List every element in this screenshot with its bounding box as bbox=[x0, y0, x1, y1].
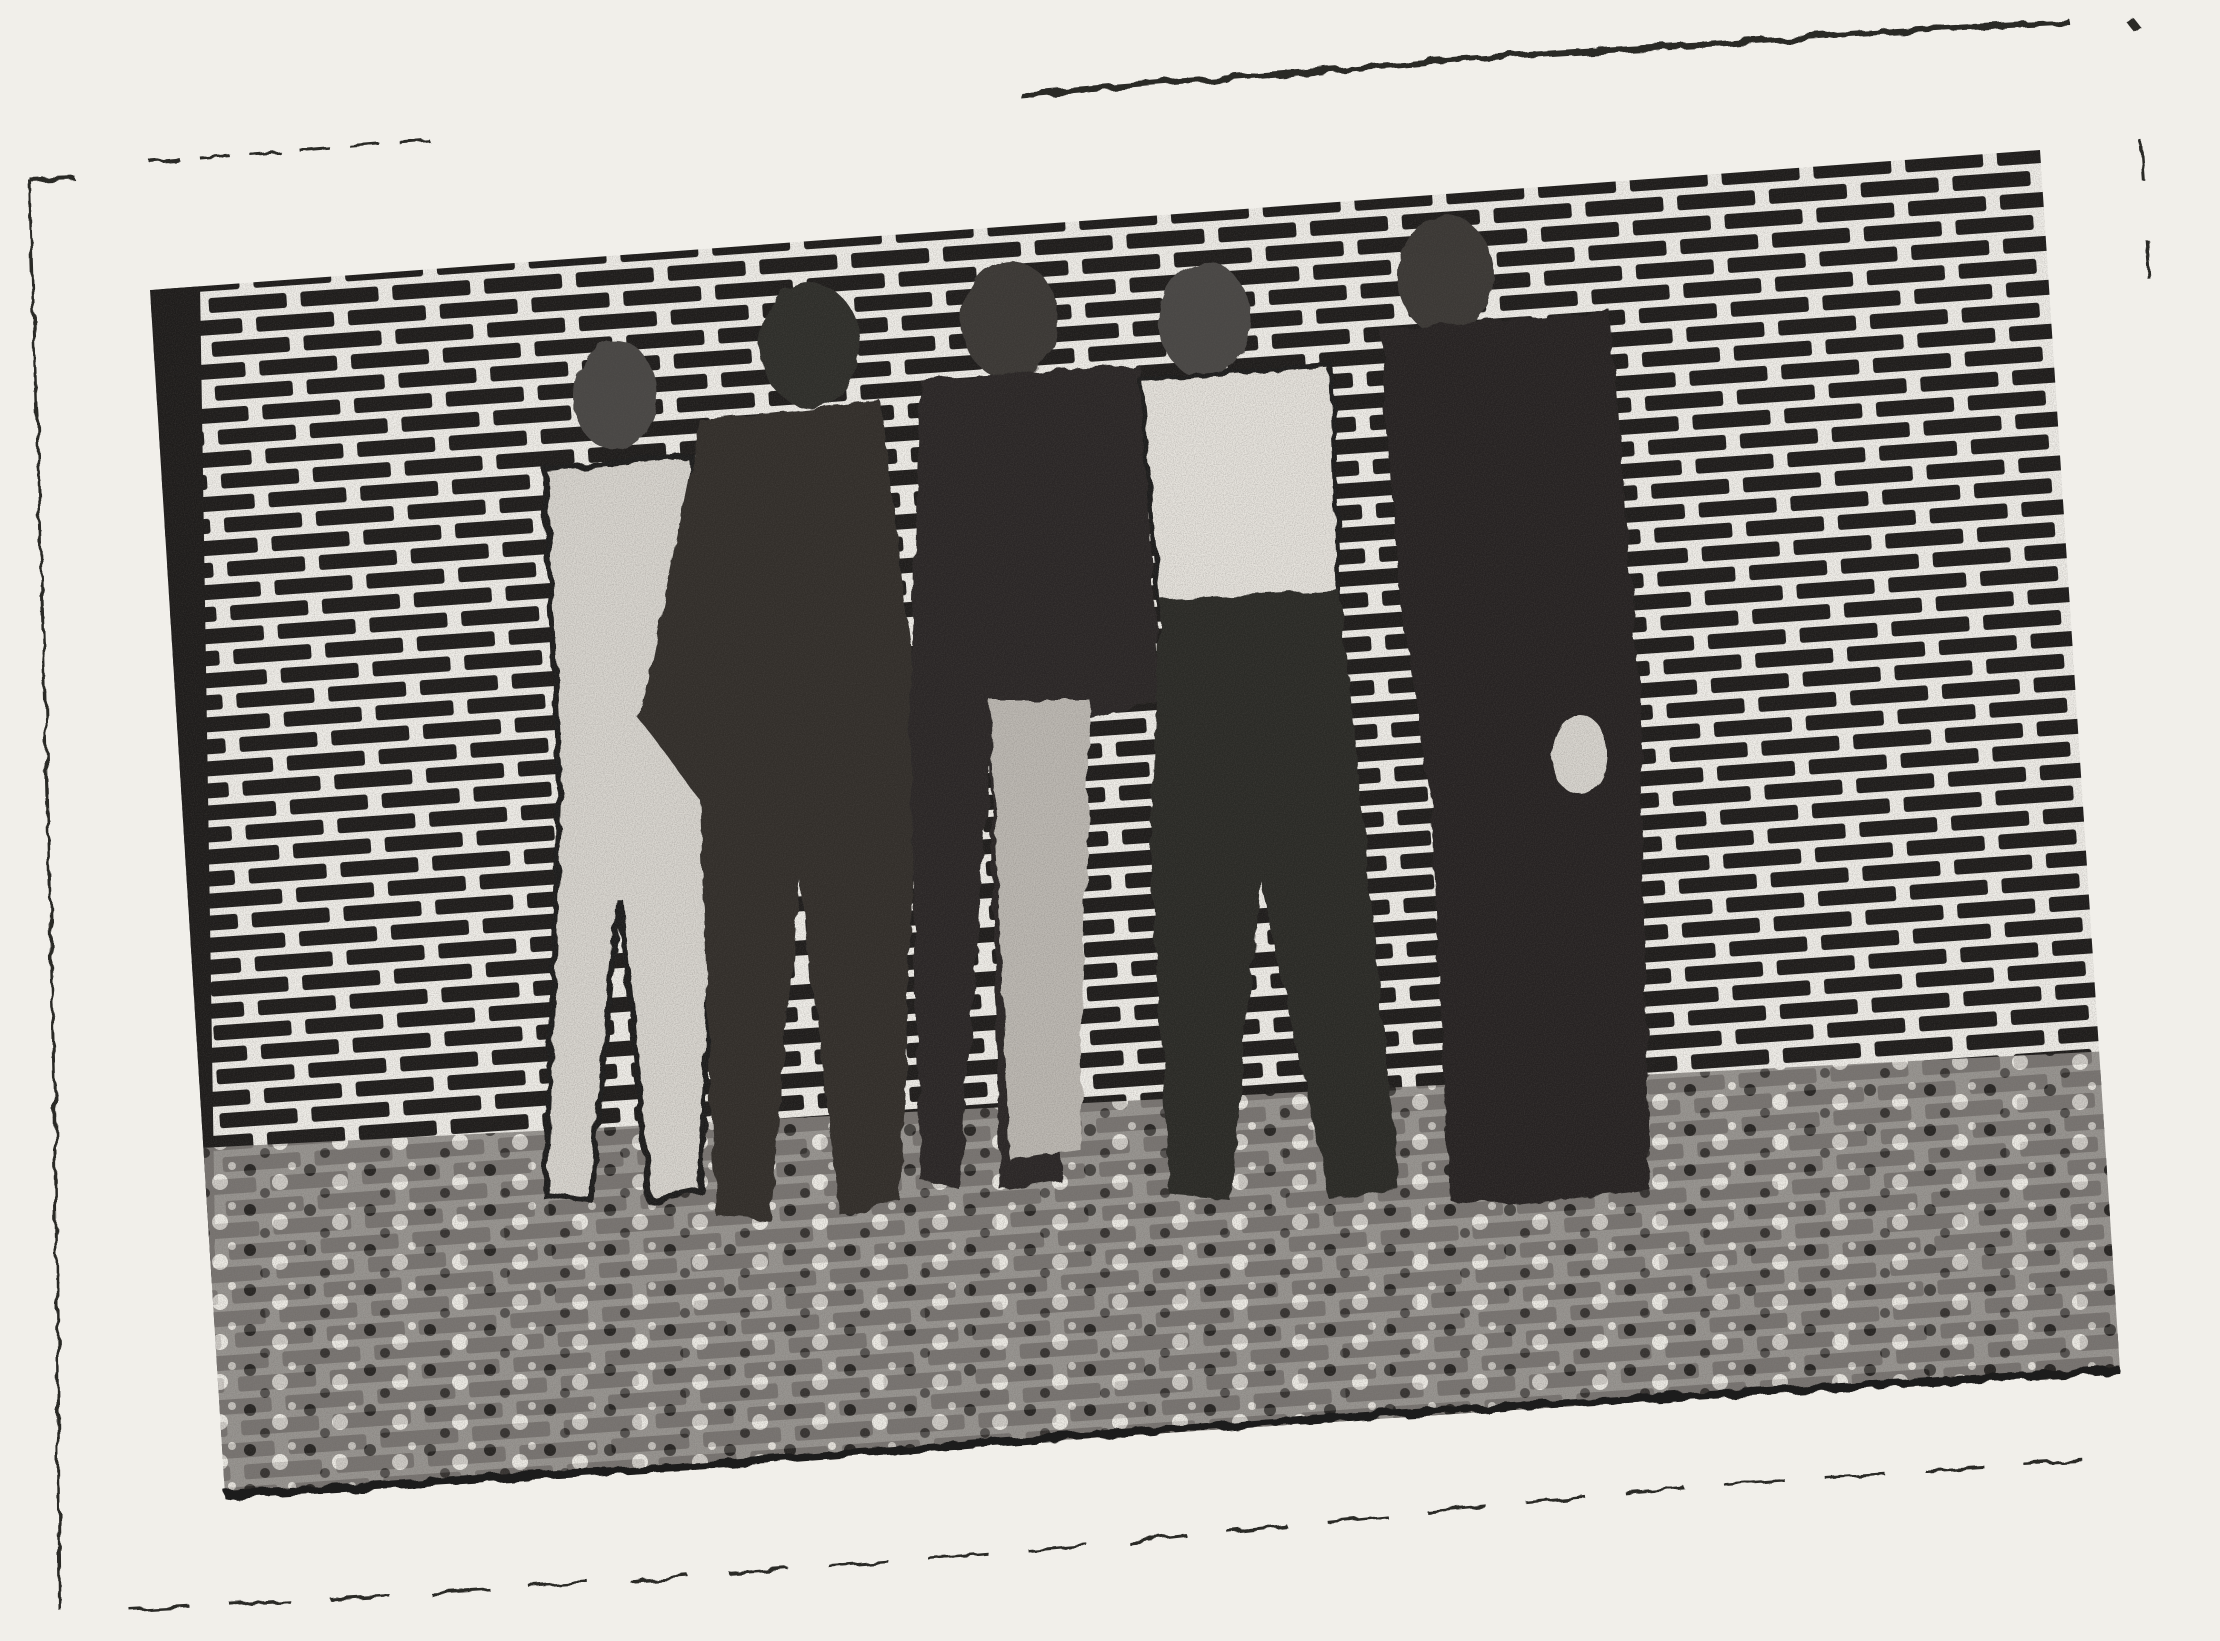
photo-scene bbox=[0, 0, 2220, 1641]
grain-overlay bbox=[100, 100, 2200, 1550]
photograph bbox=[100, 100, 2200, 1550]
